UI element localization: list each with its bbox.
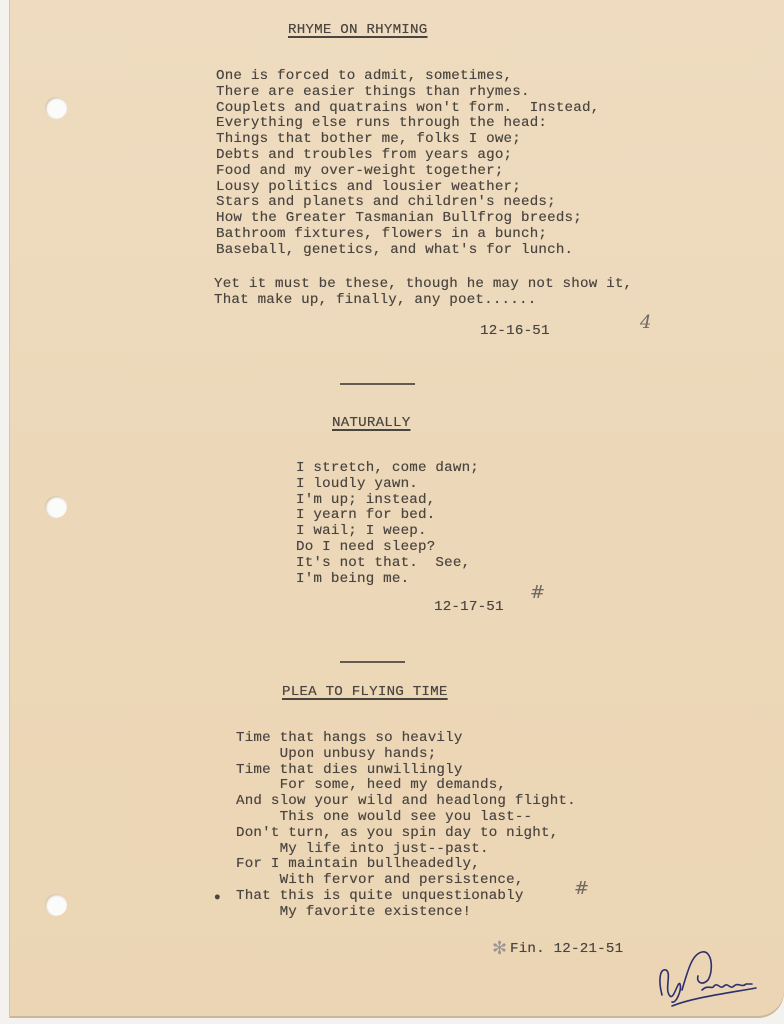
asterisk-mark: ✻ [492, 938, 507, 959]
poem-stanza: One is forced to admit, sometimes, There… [216, 69, 599, 259]
poem-date: Fin. 12-21-51 [510, 942, 623, 958]
section-divider [340, 661, 405, 663]
poem-stanza: Time that hangs so heavily Upon unbusy h… [236, 731, 576, 921]
poem-title: PLEA TO FLYING TIME [282, 685, 448, 701]
punch-hole [45, 894, 67, 916]
poem-title: NATURALLY [332, 416, 410, 432]
signature [652, 940, 762, 1010]
margin-annotation: # [574, 878, 589, 899]
poem-date: 12-16-51 [480, 324, 550, 340]
poem-date: 12-17-51 [434, 600, 504, 616]
section-divider [340, 383, 415, 385]
poem-stanza: Yet it must be these, though he may not … [214, 277, 632, 309]
margin-annotation: # [530, 582, 545, 603]
punch-hole [45, 97, 67, 119]
margin-dot: ● [214, 891, 221, 907]
poem-title: RHYME ON RHYMING [288, 23, 427, 39]
punch-hole [45, 496, 67, 518]
margin-annotation: 4 [640, 312, 651, 333]
poem-stanza: I stretch, come dawn; I loudly yawn. I'm… [296, 461, 479, 587]
